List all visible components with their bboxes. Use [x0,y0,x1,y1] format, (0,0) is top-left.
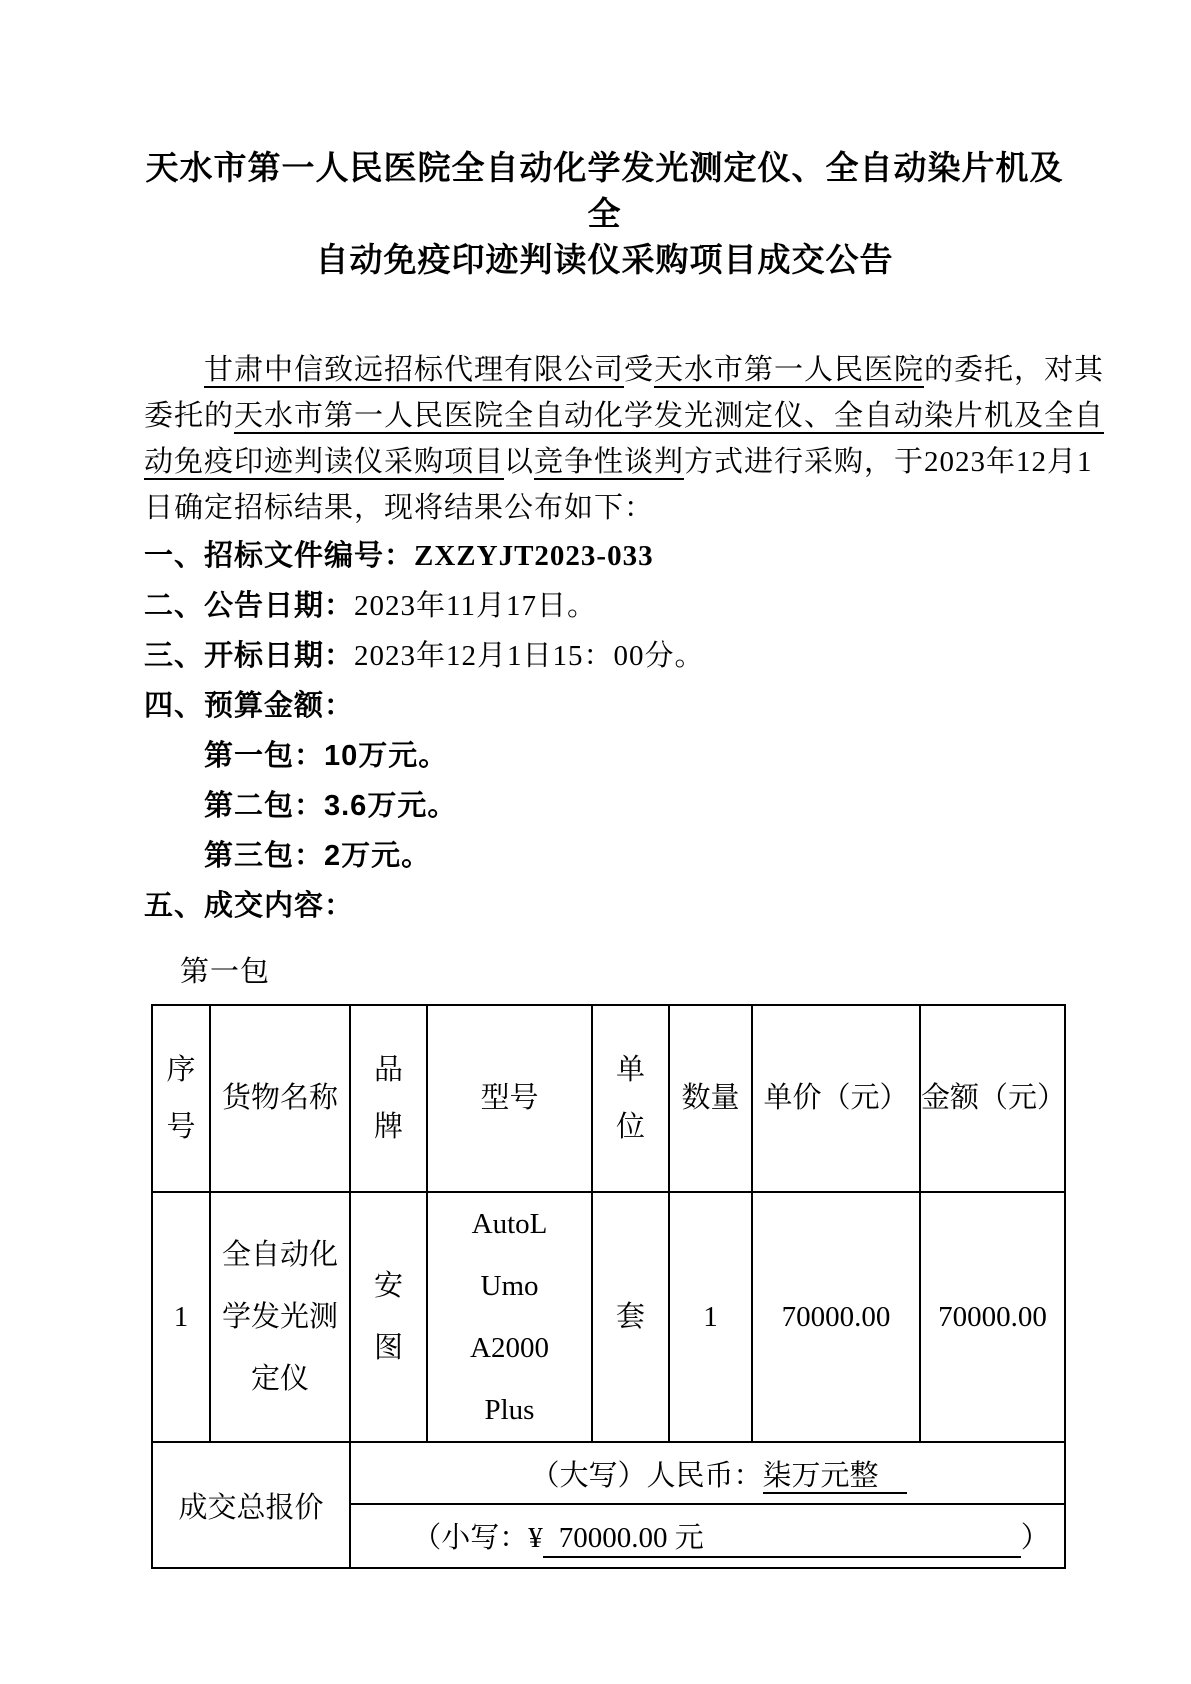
table-row: 1 全自动化 学发光测 定仪 安 图 AutoL Umo A2000 Plus … [152,1192,1065,1442]
total-upper-value: 柒万元整 [763,1460,907,1494]
intro-line: 甘肃中信致远招标代理有限公司受天水市第一人民医院的委托，对其 [144,347,1065,393]
table-header-row: 序 号 货物名称 品 牌 型号 单 位 数量 单价（元） 金额（元） [152,1005,1065,1192]
cell-goods-name: 全自动化 学发光测 定仪 [210,1192,350,1442]
item-value: 2023年12月1日15：00分。 [354,640,705,672]
plain-text: 委托的 [144,400,234,432]
plain-text: 受 [624,354,654,386]
title-line-2: 自动免疫印迹判读仪采购项目成交公告 [144,237,1065,283]
cell-qty: 1 [669,1192,752,1442]
item-label: 五、成交内容： [144,890,354,922]
underlined-text: 动免疫印迹判读仪采购项目 [144,446,504,480]
title-line-1: 天水市第一人民医院全自动化学发光测定仪、全自动染片机及全 [144,145,1065,237]
item-value: ZXZYJT2023-033 [414,540,654,572]
budget-package-1: 第一包：10万元。 [204,731,1065,781]
document-content: 天水市第一人民医院全自动化学发光测定仪、全自动染片机及全 自动免疫印迹判读仪采购… [144,145,1065,1569]
header-brand: 品 牌 [350,1005,427,1192]
item-label: 三、开标日期： [144,640,354,672]
budget-package-3: 第三包：2万元。 [204,831,1065,881]
cell-model: AutoL Umo A2000 Plus [427,1192,592,1442]
intro-line: 日确定招标结果，现将结果公布如下： [144,485,1065,531]
total-upper-row: 成交总报价 （大写）人民币：柒万元整 [152,1442,1065,1504]
cell-seq: 1 [152,1192,210,1442]
item-deal-content: 五、成交内容： [144,881,1065,931]
item-label: 二、公告日期： [144,590,354,622]
package-1-label: 第一包 [180,948,1065,996]
plain-text: 以 [504,446,534,478]
plain-text: 的委托，对其 [924,354,1104,386]
document-page: 天水市第一人民医院全自动化学发光测定仪、全自动染片机及全 自动免疫印迹判读仪采购… [0,0,1191,1684]
intro-line: 委托的天水市第一人民医院全自动化学发光测定仪、全自动染片机及全自 [144,393,1065,439]
header-goods-name: 货物名称 [210,1005,350,1192]
header-unit: 单 位 [592,1005,669,1192]
intro-line: 动免疫印迹判读仪采购项目以竞争性谈判方式进行采购，于2023年12月1 [144,439,1065,485]
header-model: 型号 [427,1005,592,1192]
total-lower-cell: （小写：¥70000.00 元） [350,1504,1065,1568]
budget-package-2: 第二包：3.6万元。 [204,781,1065,831]
cell-unit: 套 [592,1192,669,1442]
item-label: 四、预算金额： [144,690,354,722]
item-budget: 四、预算金额： [144,681,1065,731]
plain-text: 日确定招标结果，现将结果公布如下： [144,492,654,524]
cell-unit-price: 70000.00 [752,1192,920,1442]
item-doc-number: 一、招标文件编号：ZXZYJT2023-033 [144,531,1065,581]
header-seq: 序 号 [152,1005,210,1192]
total-upper-cell: （大写）人民币：柒万元整 [350,1442,1065,1504]
total-lower-value: 70000.00 元 [543,1515,1021,1558]
item-announce-date: 二、公告日期：2023年11月17日。 [144,581,1065,631]
intro-paragraph: 甘肃中信致远招标代理有限公司受天水市第一人民医院的委托，对其 委托的天水市第一人… [144,347,1065,531]
total-upper-prefix: （大写）人民币： [530,1460,762,1492]
cell-amount: 70000.00 [920,1192,1065,1442]
total-lower-prefix: （小写：¥ [412,1522,543,1554]
underlined-text: 竞争性谈判 [534,446,684,480]
document-title: 天水市第一人民医院全自动化学发光测定仪、全自动染片机及全 自动免疫印迹判读仪采购… [144,145,1065,283]
underlined-text: 天水市第一人民医院全自动化学发光测定仪、全自动染片机及全自 [234,400,1104,434]
total-lower-suffix: ） [1021,1522,1050,1554]
plain-text: 方式进行采购，于2023年12月1 [684,446,1093,478]
header-unit-price: 单价（元） [752,1005,920,1192]
total-price-label: 成交总报价 [152,1442,350,1568]
header-amount: 金额（元） [920,1005,1065,1192]
header-qty: 数量 [669,1005,752,1192]
underlined-text: 天水市第一人民医院 [654,354,924,388]
underlined-text: 甘肃中信致远招标代理有限公司 [204,354,624,388]
deal-table: 序 号 货物名称 品 牌 型号 单 位 数量 单价（元） 金额（元） 1 全自动… [151,1004,1066,1569]
item-value: 2023年11月17日。 [354,590,597,622]
cell-brand: 安 图 [350,1192,427,1442]
item-label: 一、招标文件编号： [144,540,414,572]
item-open-date: 三、开标日期：2023年12月1日15：00分。 [144,631,1065,681]
